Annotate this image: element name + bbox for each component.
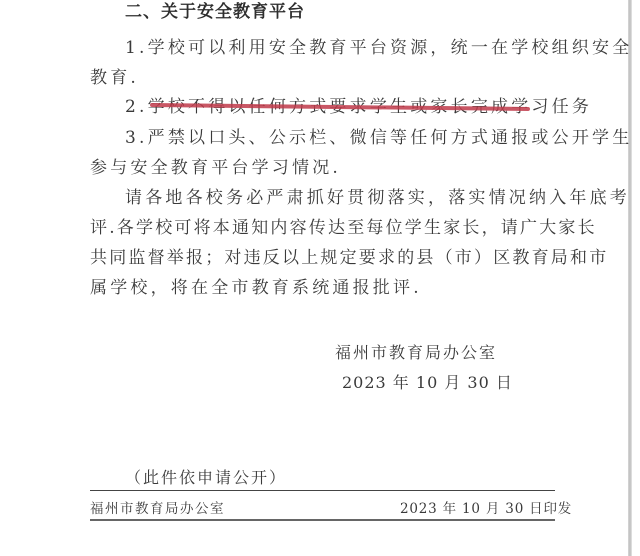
closing-line-1: 请各地各校务必严肃抓好贯彻落实，落实情况纳入年底考 (125, 188, 630, 208)
page-edge (628, 0, 632, 556)
disclosure-note: （此件依申请公开） (125, 468, 287, 488)
closing-line-4: 属学校，将在全市教育系统通报批评. (90, 278, 422, 298)
signature-issuer: 福州市教育局办公室 (335, 343, 497, 363)
footer-issued-date: 2023 年 10 月 30 日印发 (400, 497, 572, 517)
closing-line-2: 评.各学校可将本通知内容传达至每位学生家长，请广大家长 (90, 218, 597, 238)
footer-issuer: 福州市教育局办公室 (90, 497, 225, 517)
signature-date: 2023 年 10 月 30 日 (342, 373, 513, 393)
item-1-line-2: 教育. (90, 68, 139, 88)
footer-bottom-rule (90, 519, 555, 521)
closing-line-3: 共同监督举报；对违反以上规定要求的县（市）区教育局和市 (90, 248, 608, 268)
footer-top-rule (90, 490, 555, 491)
section-heading: 二、关于安全教育平台 (125, 2, 305, 22)
item-3-line-1: 3.严禁以口头、公示栏、微信等任何方式通报或公开学生 (125, 128, 632, 148)
item-1-line-1: 1.学校可以利用安全教育平台资源，统一在学校组织安全 (125, 38, 632, 58)
item-3-line-2: 参与安全教育平台学习情况. (90, 158, 341, 178)
